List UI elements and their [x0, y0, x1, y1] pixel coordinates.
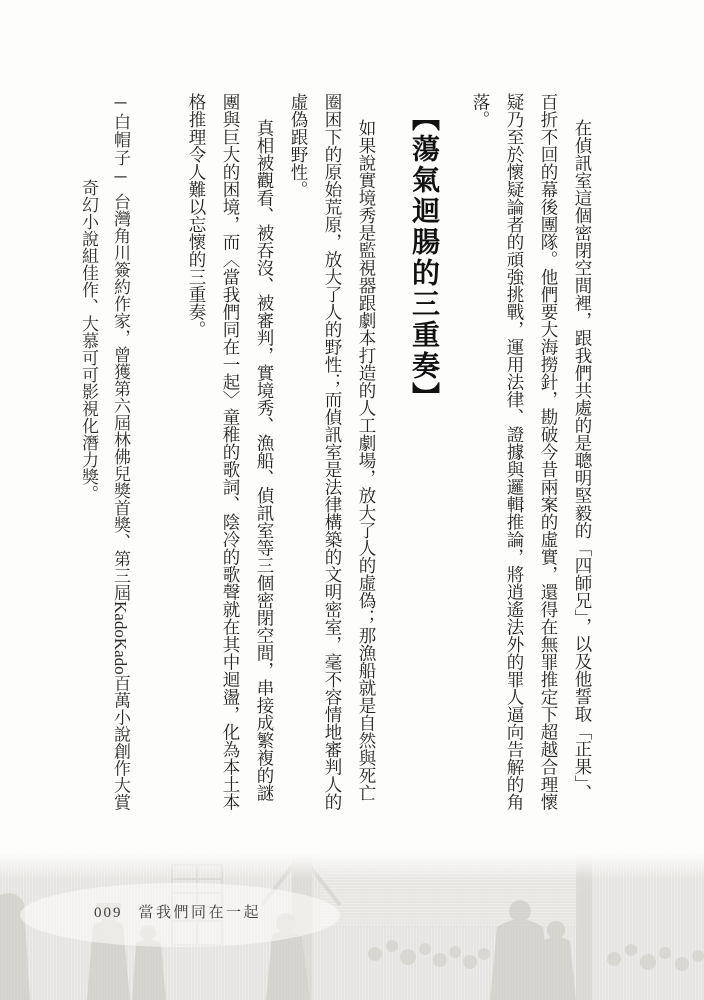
author-block: ─白帽子─台灣角川簽約作家，曾獲第六屆林佛兒獎首獎、第三屆KadoKado百萬小… [72, 93, 136, 817]
book-page: 在偵訊室這個密閉空間裡，跟我們共處的是聰明堅毅的「四師兄」，以及他誓取「正果」、… [0, 0, 704, 1000]
intro-paragraph: 在偵訊室這個密閉空間裡，跟我們共處的是聰明堅毅的「四師兄」，以及他誓取「正果」、… [464, 93, 600, 817]
section-heading: 【蕩氣迴腸的三重奏】 [400, 93, 446, 817]
book-title: 當我們同在一起 [139, 905, 262, 921]
engraving-top-fade [0, 853, 704, 879]
body-paragraph-2: 真相被觀看、被吞沒、被審判，實境秀、漁船、偵訊室等三個密閉空間，串接成繁複的謎團… [180, 93, 282, 817]
author-name: ─白帽子─ [111, 93, 130, 187]
body-paragraph-1: 如果說實境秀是監視器跟劇本打造的人工劇場，放大了人的虛偽；那漁船就是自然與死亡圈… [282, 93, 384, 817]
page-number: 009 [94, 905, 123, 921]
engraving-image [0, 853, 704, 1000]
page-content: 在偵訊室這個密閉空間裡，跟我們共處的是聰明堅毅的「四師兄」，以及他誓取「正果」、… [72, 93, 600, 817]
author-bio-text-1: 台灣角川簽約作家，曾獲第六屆林佛兒獎首獎、第三屆 [111, 193, 130, 601]
page-footer: 009當我們同在一起 [94, 901, 261, 922]
author-bio-latin: KadoKado [111, 601, 130, 675]
